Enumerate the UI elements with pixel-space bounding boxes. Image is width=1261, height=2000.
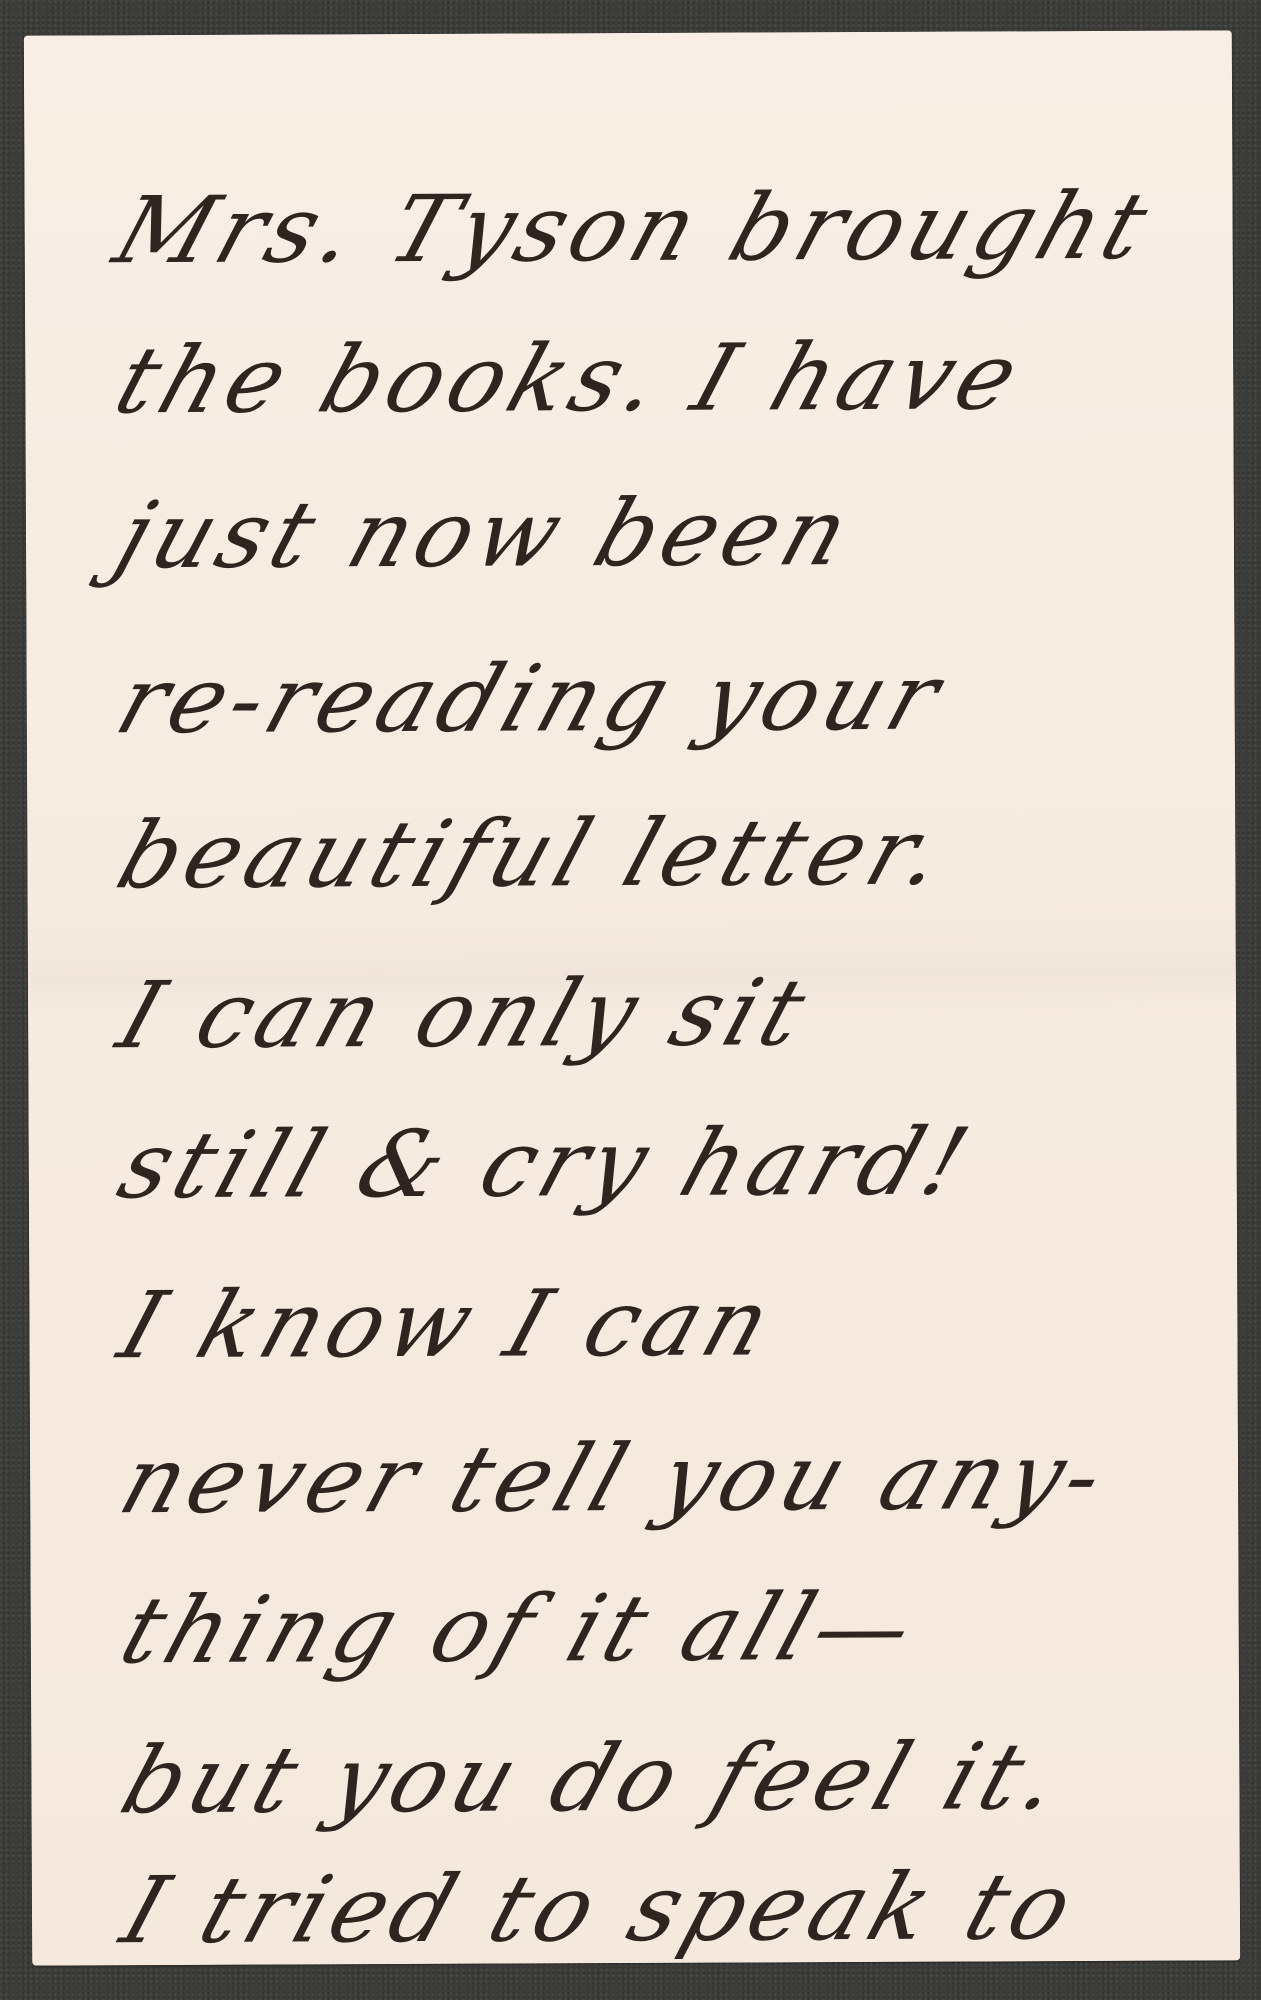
handwritten-line: the books. I have bbox=[106, 331, 1035, 427]
handwritten-line: thing of it all— bbox=[111, 1582, 930, 1678]
handwritten-line: but you do feel it. bbox=[112, 1731, 1076, 1827]
handwritten-line: I know I can bbox=[110, 1277, 787, 1372]
handwritten-line: never tell you any- bbox=[110, 1431, 1119, 1527]
handwritten-line: I can only sit bbox=[108, 967, 821, 1062]
handwritten-line: I tried to speak to bbox=[112, 1861, 1088, 1957]
handwritten-line: still & cry hard! bbox=[109, 1116, 984, 1212]
handwritten-line: beautiful letter. bbox=[108, 807, 961, 903]
letter-page: Mrs. Tyson brought the books. I have jus… bbox=[24, 30, 1240, 1965]
handwritten-line: re-reading your bbox=[107, 652, 956, 748]
handwritten-line: Mrs. Tyson brought bbox=[105, 181, 1163, 278]
handwritten-line: just now been bbox=[106, 487, 864, 582]
